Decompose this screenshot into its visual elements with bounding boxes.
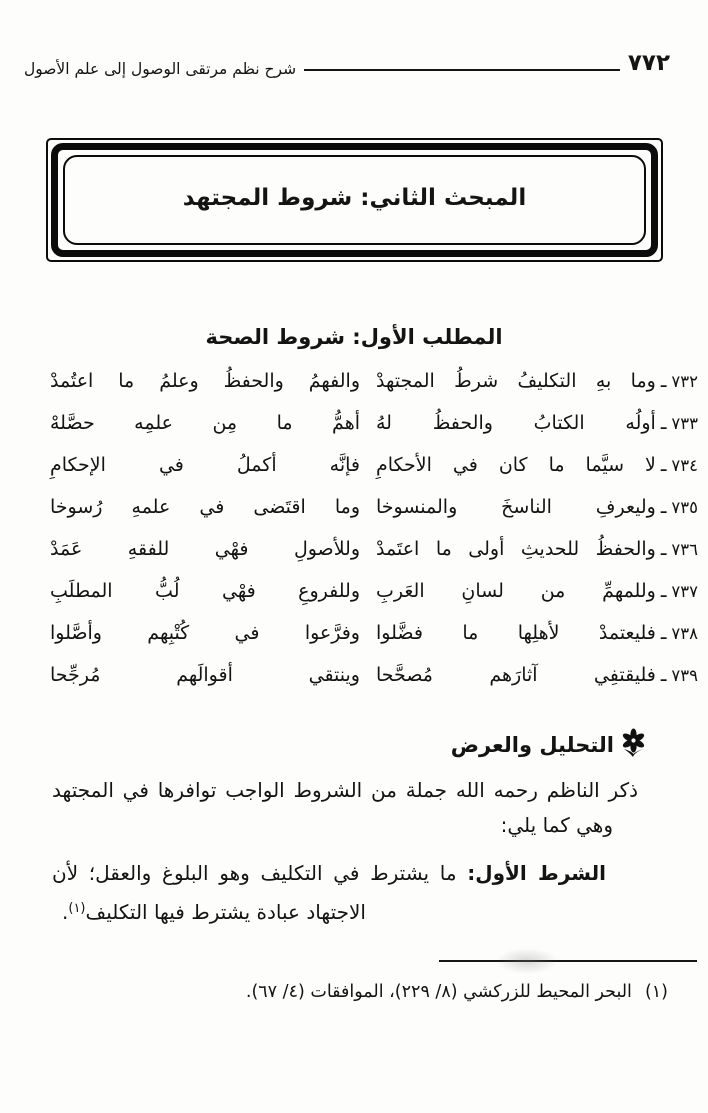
verse-right-half: ٧٣٢ ـ وما بهِ التكليفُ شرطُ المجتهدْ [376, 360, 698, 403]
verse-right-half: ٧٣٥ ـ وليعرفِ الناسخَ والمنسوخا [376, 486, 698, 529]
verse-right-half: ٧٣٨ ـ فليعتمدْ لأهلِها ما فضَّلوا [376, 612, 698, 655]
verse-separator: ـ [656, 486, 672, 528]
book-page: ٧٧٢ شرح نظم مرتقى الوصول إلى علم الأصول … [0, 0, 708, 1113]
footnote-marker: (١) [645, 978, 668, 1006]
footnote-reference: (١) [68, 901, 85, 916]
verse-right-text: أولُه الكتابُ والحفظُ لهُ [376, 402, 656, 444]
condition-line-2-text: الاجتهاد عبادة يشترط فيها التكليف [86, 900, 366, 924]
verse-left-text: وما اقتَضى في علمهِ رُسوخا [50, 486, 360, 528]
verse-left-text: وللأصولِ فهْي للفقهِ عَمَدْ [50, 528, 360, 570]
header-rule [304, 69, 620, 71]
analysis-heading-row: التحليل والعرض [0, 730, 646, 760]
verse-left-text: فإنَّه أكملُ في الإحكامِ [50, 444, 360, 486]
verse-number: ٧٣٢ [671, 361, 698, 403]
verse-number: ٧٣٥ [671, 487, 698, 529]
verse-right-half: ٧٣٩ ـ فليقتفِي آثارَهم مُصحَّحا [376, 654, 698, 697]
verse-number: ٧٣٦ [671, 529, 698, 571]
condition-line-2: الاجتهاد عبادة يشترط فيها التكليف(١). [52, 891, 660, 930]
verse-row: ٧٣٧ ـ وللمهمِّ من لسانِ العَربِ وللفروعِ… [50, 570, 698, 612]
section-title-box-mid-frame: المبحث الثاني: شروط المجتهد [51, 143, 658, 257]
page-header: ٧٧٢ شرح نظم مرتقى الوصول إلى علم الأصول [0, 0, 708, 76]
verse-number: ٧٣٨ [671, 613, 698, 655]
verse-row: ٧٣٥ ـ وليعرفِ الناسخَ والمنسوخا وما اقتَ… [50, 486, 698, 528]
verse-separator: ـ [656, 654, 672, 696]
scan-smudge [496, 948, 558, 974]
verse-right-text: وليعرفِ الناسخَ والمنسوخا [376, 486, 656, 528]
verse-row: ٧٣٢ ـ وما بهِ التكليفُ شرطُ المجتهدْ وال… [50, 360, 698, 402]
verse-row: ٧٣٩ ـ فليقتفِي آثارَهم مُصحَّحا وينتقي أ… [50, 654, 698, 696]
intro-paragraph: ذكر الناظم رحمه الله جملة من الشروط الوا… [0, 773, 708, 843]
verse-row: ٧٣٦ ـ والحفظُ للحديثِ أولى ما اعتَمدْ ول… [50, 528, 698, 570]
poem: ٧٣٢ ـ وما بهِ التكليفُ شرطُ المجتهدْ وال… [0, 360, 708, 696]
condition-lead: الشرط الأول: [467, 861, 606, 885]
footnote-text: البحر المحيط للزركشي (٨/ ٢٢٩)، الموافقات… [246, 978, 632, 1006]
verse-row: ٧٣٣ ـ أولُه الكتابُ والحفظُ لهُ أهمُّ ما… [50, 402, 698, 444]
verse-separator: ـ [656, 444, 672, 486]
verse-separator: ـ [656, 360, 672, 402]
footnote-separator-rule [439, 960, 697, 962]
verse-separator: ـ [656, 570, 672, 612]
verse-right-half: ٧٣٤ ـ لا سيَّما ما كان في الأحكامِ [376, 444, 698, 487]
verse-number: ٧٣٩ [671, 655, 698, 697]
verse-left-text: أهمُّ ما مِن علمِه حصَّلهْ [50, 402, 360, 444]
section-title-box-inner-frame: المبحث الثاني: شروط المجتهد [63, 155, 646, 245]
verse-right-text: وما بهِ التكليفُ شرطُ المجتهدْ [376, 360, 656, 402]
matlab-heading: المطلب الأول: شروط الصحة [0, 322, 708, 352]
verse-row: ٧٣٤ ـ لا سيَّما ما كان في الأحكامِ فإنَّ… [50, 444, 698, 486]
condition-line-1: الشرط الأول: ما يشترط في التكليف وهو الب… [52, 856, 660, 891]
footnote: (١) البحر المحيط للزركشي (٨/ ٢٢٩)، الموا… [0, 976, 708, 1006]
verse-right-text: فليقتفِي آثارَهم مُصحَّحا [376, 654, 656, 696]
intro-line-1: ذكر الناظم رحمه الله جملة من الشروط الوا… [52, 773, 660, 808]
verse-separator: ـ [656, 528, 672, 570]
section-title: المبحث الثاني: شروط المجتهد [65, 157, 644, 243]
condition-rest: ما يشترط في التكليف وهو البلوغ والعقل؛ ل… [52, 861, 457, 885]
verse-left-text: والفهمُ والحفظُ وعلمُ ما اعتُمدْ [50, 360, 360, 402]
page-number: ٧٧٢ [628, 50, 670, 76]
verse-row: ٧٣٨ ـ فليعتمدْ لأهلِها ما فضَّلوا وفرَّع… [50, 612, 698, 654]
verse-right-text: وللمهمِّ من لسانِ العَربِ [376, 570, 656, 612]
flower-ornament-icon [621, 728, 646, 758]
analysis-heading: التحليل والعرض [451, 733, 614, 757]
verse-right-text: فليعتمدْ لأهلِها ما فضَّلوا [376, 612, 656, 654]
verse-number: ٧٣٧ [671, 571, 698, 613]
book-title: شرح نظم مرتقى الوصول إلى علم الأصول [24, 60, 296, 78]
verse-right-text: والحفظُ للحديثِ أولى ما اعتَمدْ [376, 528, 656, 570]
verse-left-text: وللفروعِ فهْي لُبُّ المطلَبِ [50, 570, 360, 612]
section-title-box: المبحث الثاني: شروط المجتهد [46, 138, 663, 262]
verse-right-text: لا سيَّما ما كان في الأحكامِ [376, 444, 656, 486]
condition-paragraph: الشرط الأول: ما يشترط في التكليف وهو الب… [0, 856, 708, 930]
verse-right-half: ٧٣٣ ـ أولُه الكتابُ والحفظُ لهُ [376, 402, 698, 445]
verse-number: ٧٣٣ [671, 403, 698, 445]
verse-right-half: ٧٣٦ ـ والحفظُ للحديثِ أولى ما اعتَمدْ [376, 528, 698, 571]
verse-left-text: وينتقي أقوالَهم مُرجِّحا [50, 654, 360, 696]
verse-left-text: وفرَّعوا في كُتْبِهم وأصَّلوا [50, 612, 360, 654]
footnote-block: (١) البحر المحيط للزركشي (٨/ ٢٢٩)، الموا… [0, 946, 708, 1006]
verse-right-half: ٧٣٧ ـ وللمهمِّ من لسانِ العَربِ [376, 570, 698, 613]
intro-line-2: وهي كما يلي: [52, 808, 660, 843]
verse-number: ٧٣٤ [671, 445, 698, 487]
verse-separator: ـ [656, 612, 672, 654]
verse-separator: ـ [656, 402, 672, 444]
